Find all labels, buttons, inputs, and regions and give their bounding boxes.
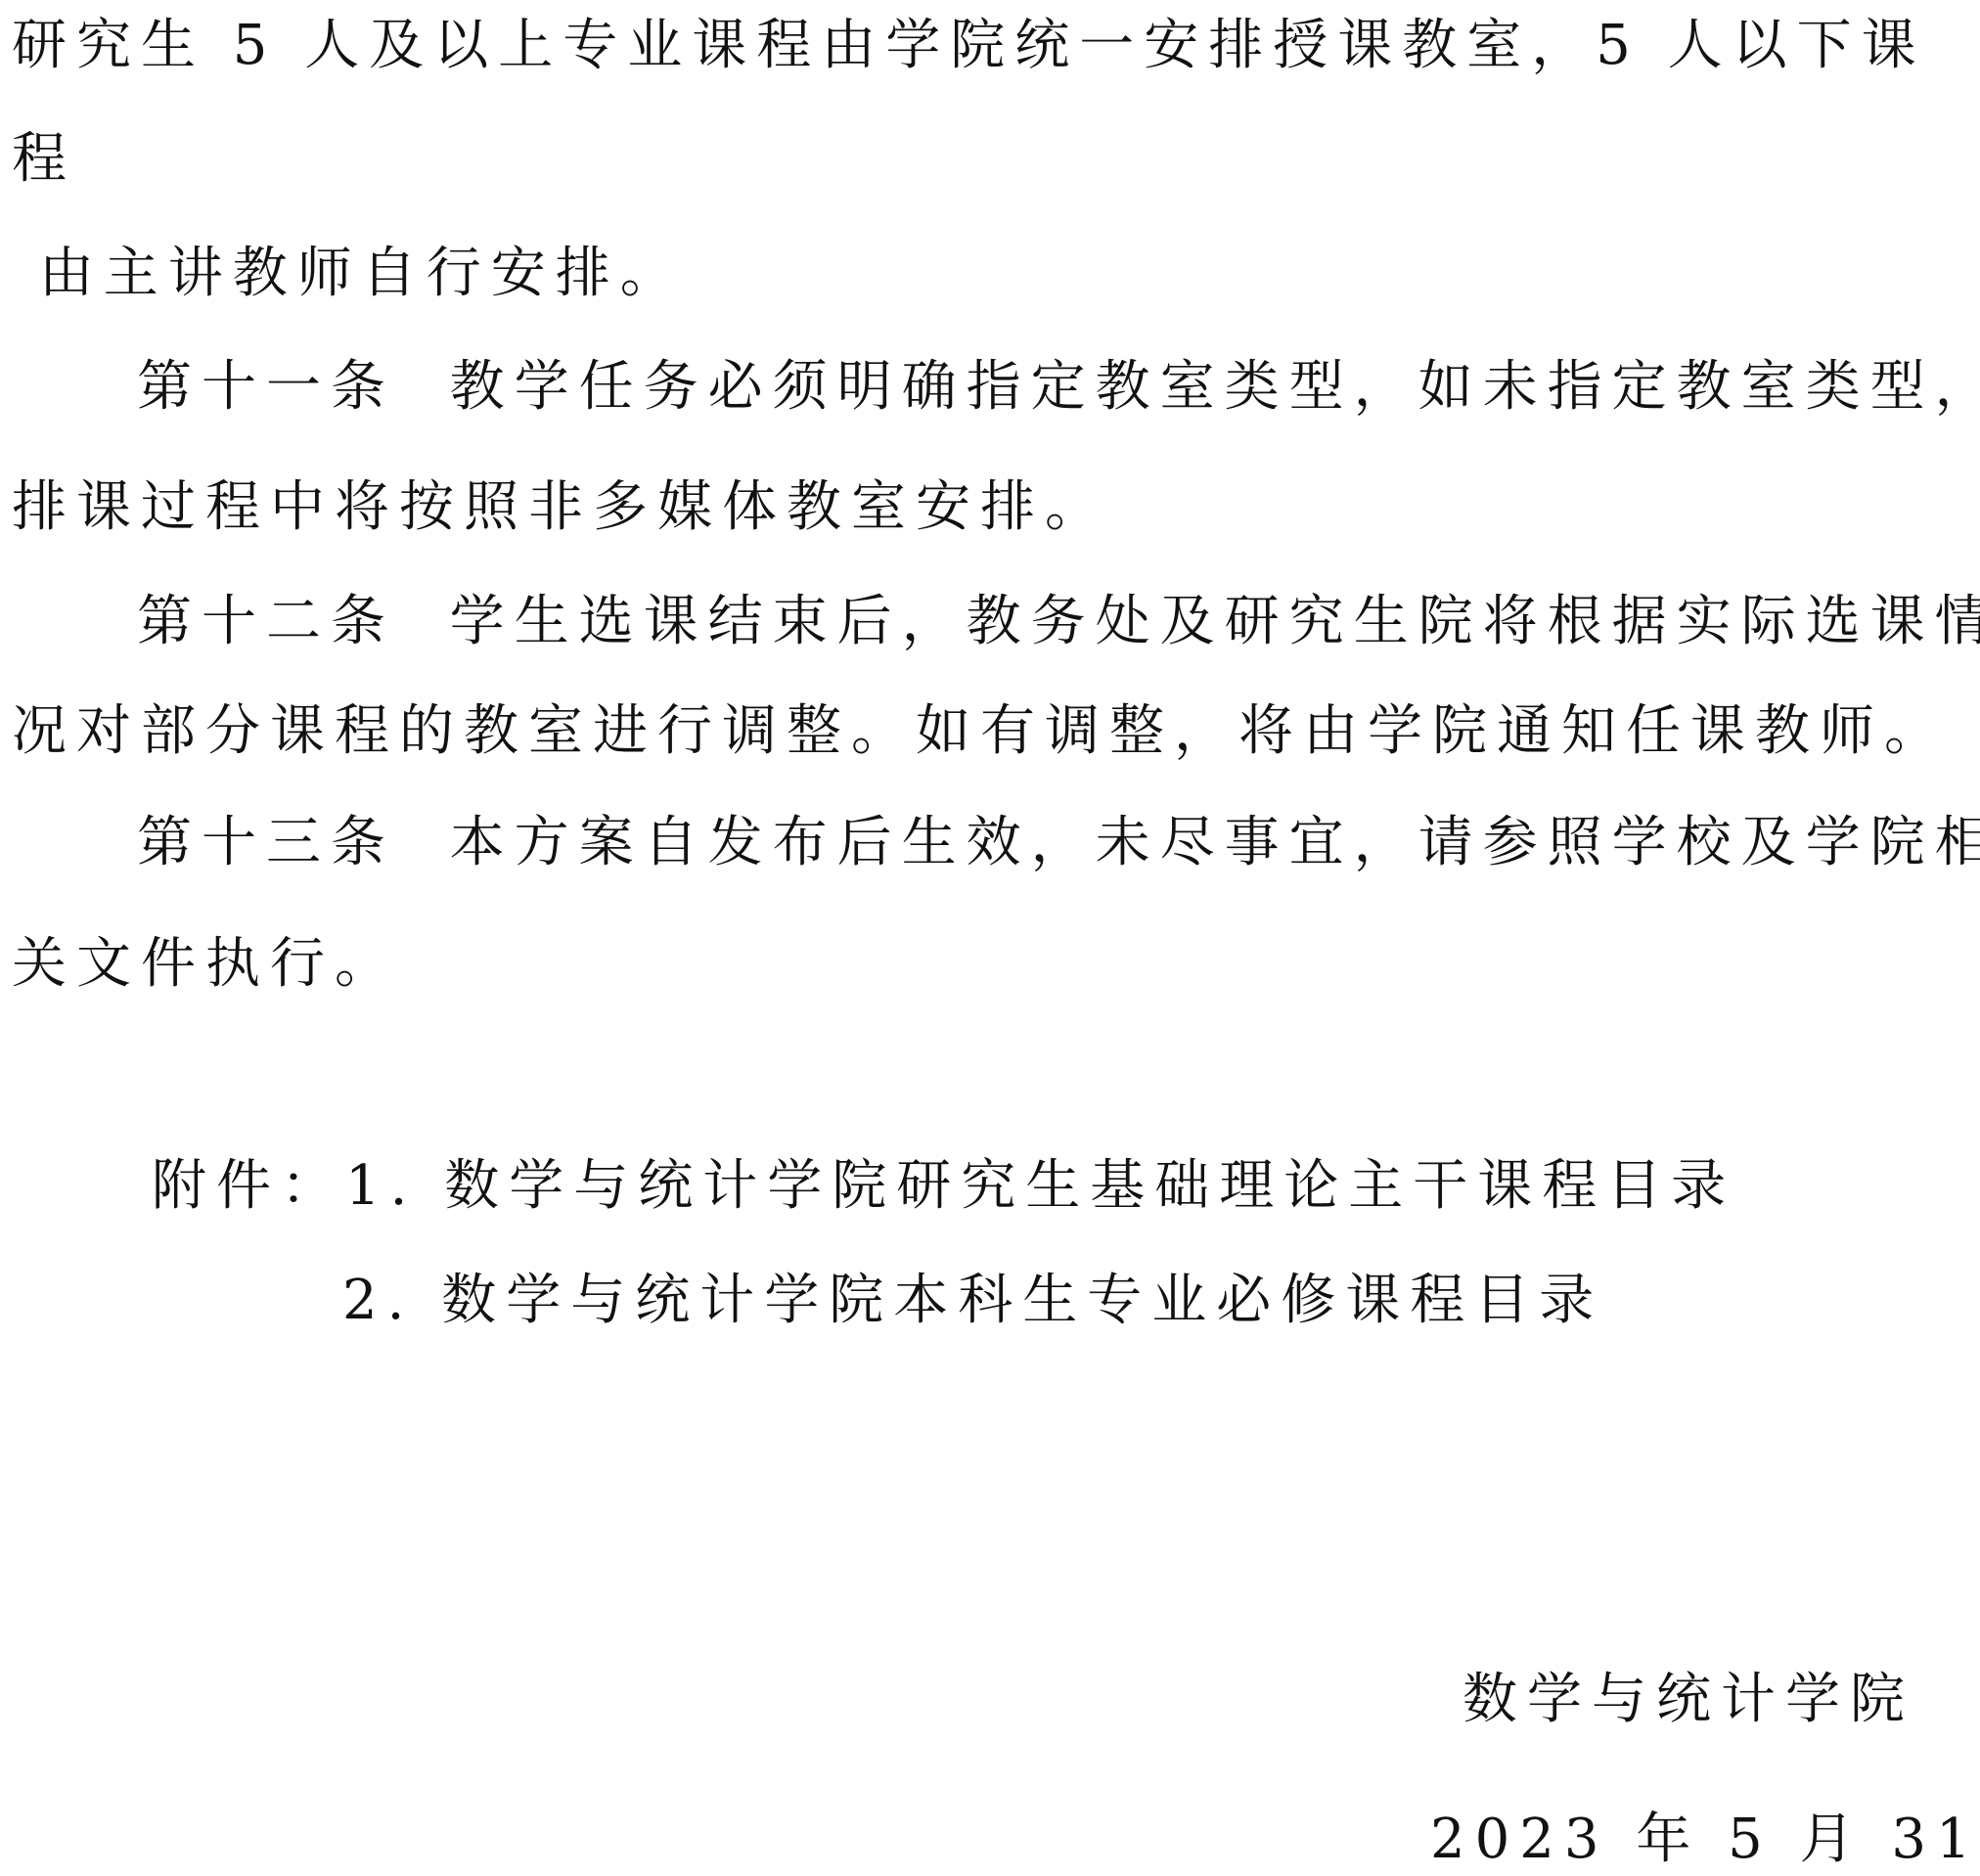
article-12-line-1: 第十二条 学生选课结束后，教务处及研究生院将根据实际选课情 <box>137 588 1980 656</box>
article-11-line-1: 第十一条 教学任务必须明确指定教室类型，如未指定教室类型， <box>137 353 1980 422</box>
attachments-label: 附件： <box>152 1154 345 1218</box>
attachment-1-title: 1. 数学与统计学院研究生基础理论主干课程目录 <box>345 1154 1735 1218</box>
article-13-line-2: 关文件执行。 <box>12 930 399 999</box>
paragraph-10-line-3: 由主讲教师自行安排。 <box>12 240 685 308</box>
signature-organization: 数学与统计学院 <box>1462 1666 1914 1734</box>
paragraph-10-line-2: 程 <box>12 125 76 194</box>
signature-date: 2023 年 5 月 31 日 <box>1430 1806 1980 1874</box>
article-12-line-2: 况对部分课程的教室进行调整。如有调整，将由学院通知任课教师。 <box>12 697 1949 766</box>
attachment-2-title: 2. 数学与统计学院本科生专业必修课程目录 <box>342 1267 1603 1335</box>
paragraph-10-line-1: 研究生 5 人及以上专业课程由学院统一安排授课教室，5 人以下课 <box>12 12 1926 80</box>
attachment-1: 附件：1. 数学与统计学院研究生基础理论主干课程目录 <box>152 1152 1735 1221</box>
article-13-line-1: 第十三条 本方案自发布后生效，未尽事宜，请参照学校及学院相 <box>137 809 1980 877</box>
article-11-line-2: 排课过程中将按照非多媒体教室安排。 <box>12 473 1109 542</box>
